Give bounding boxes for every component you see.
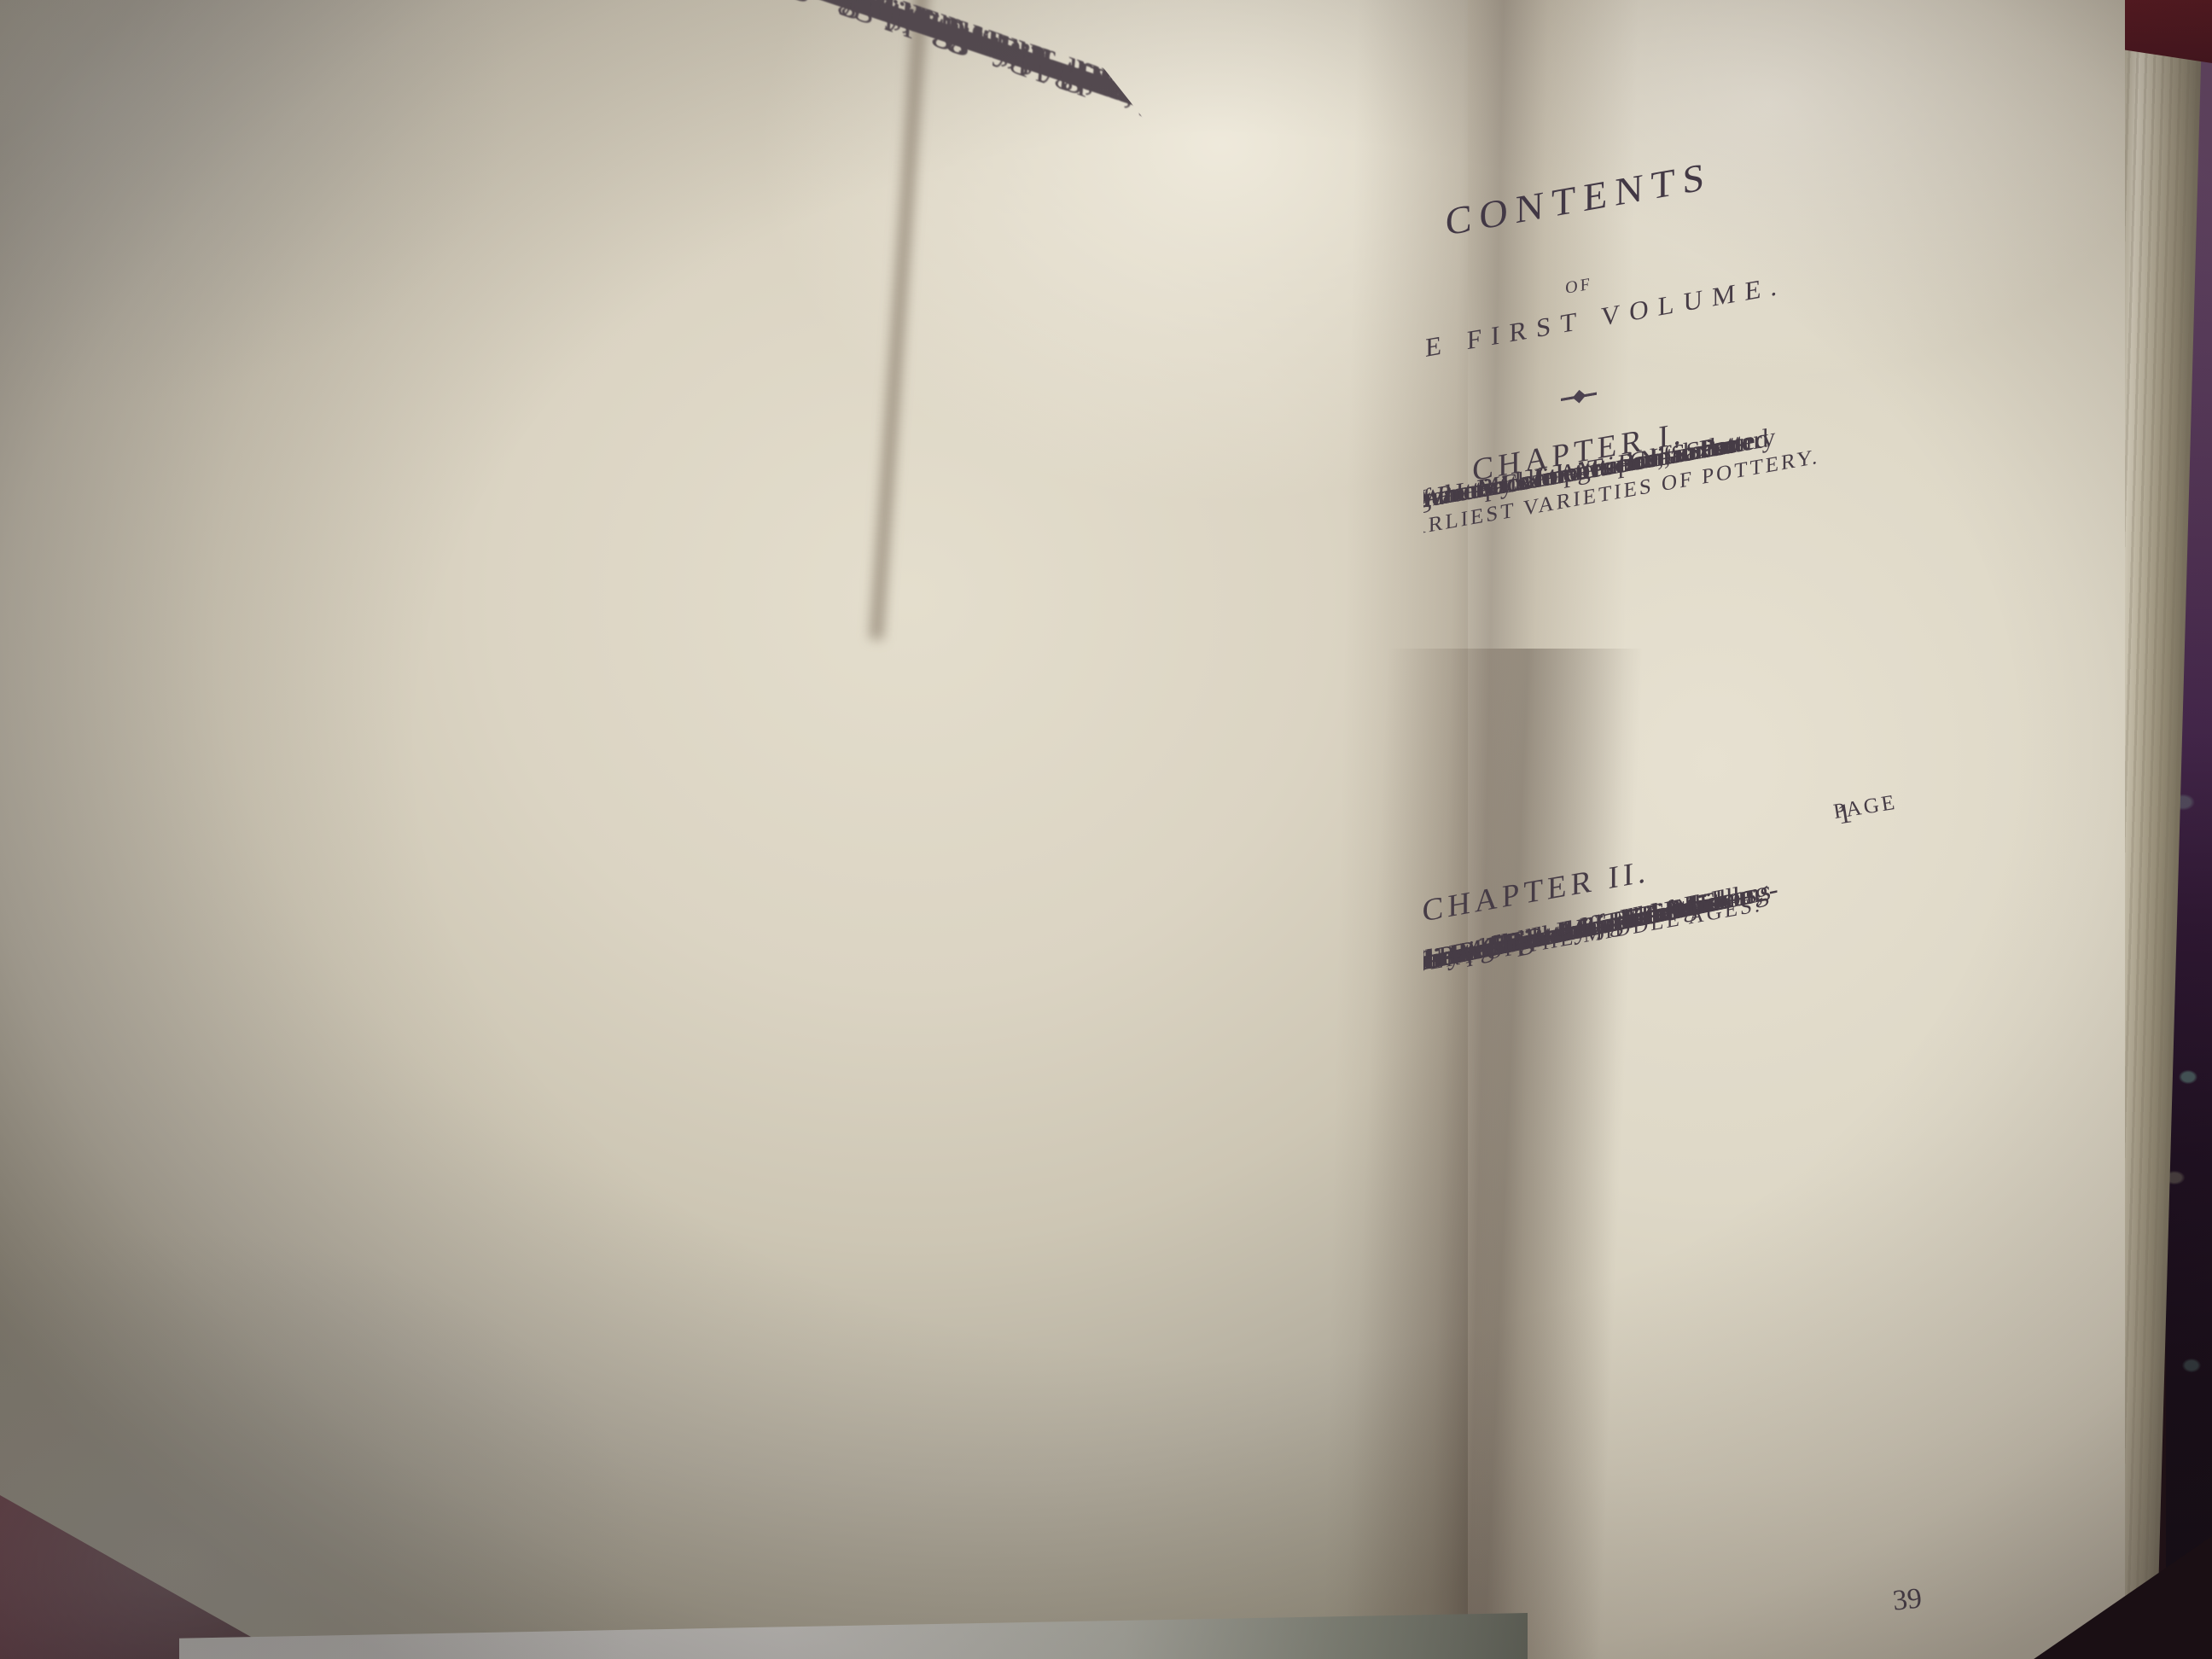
text-line: liking for the art of which he was a mas…	[335, 0, 1004, 82]
chapter1-page-reference: PAGE 1	[1832, 800, 1838, 816]
chapter2-page-number: 39	[1891, 1582, 1924, 1617]
text-line: more than express my reverence for the m…	[335, 0, 1162, 136]
book-photo: of the last, the possessorWedgwood, has …	[0, 0, 2212, 1659]
